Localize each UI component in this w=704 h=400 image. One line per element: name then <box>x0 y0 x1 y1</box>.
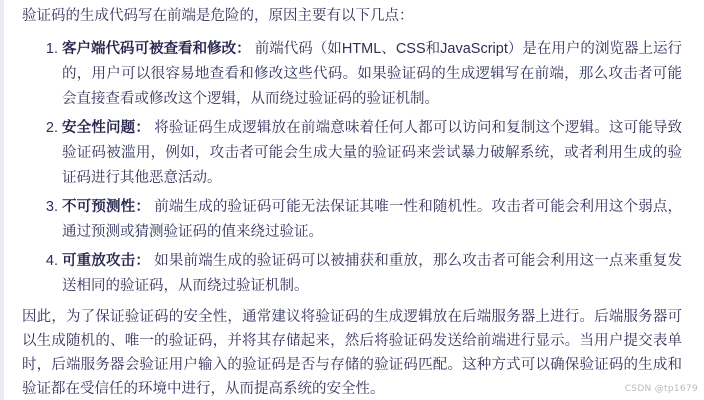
reason-text: 前端生成的验证码可能无法保证其唯一性和随机性。攻击者可能会利用这个弱点，通过预测… <box>62 199 682 240</box>
reason-term: 可重放攻击 <box>62 253 135 269</box>
reason-list: 客户端代码可被查看和修改： 前端代码（如HTML、CSS和JavaScript）… <box>22 37 682 299</box>
list-item-client-code: 客户端代码可被查看和修改： 前端代码（如HTML、CSS和JavaScript）… <box>62 37 682 112</box>
reason-text: 如果前端生成的验证码可以被捕获和重放，那么攻击者可能会利用这一点来重复发送相同的… <box>62 253 682 294</box>
csdn-watermark: CSDN @tp1679 <box>625 384 698 394</box>
list-item-replay-attack: 可重放攻击： 如果前端生成的验证码可以被捕获和重放，那么攻击者可能会利用这一点来… <box>62 249 682 299</box>
reason-separator: ： <box>135 253 150 269</box>
article-page: { "page": { "intro": "验证码的生成代码写在前端是危险的，原… <box>0 0 704 400</box>
reason-term: 安全性问题 <box>62 120 135 136</box>
article-content: 验证码的生成代码写在前端是危险的，原因主要有以下几点： 客户端代码可被查看和修改… <box>0 0 704 400</box>
intro-paragraph: 验证码的生成代码写在前端是危险的，原因主要有以下几点： <box>22 4 682 29</box>
reason-term: 不可预测性 <box>62 199 135 215</box>
reason-separator: ： <box>135 199 150 215</box>
list-item-security: 安全性问题： 将验证码生成逻辑放在前端意味着任何人都可以访问和复制这个逻辑。这可… <box>62 116 682 191</box>
list-item-unpredictability: 不可预测性： 前端生成的验证码可能无法保证其唯一性和随机性。攻击者可能会利用这个… <box>62 195 682 245</box>
conclusion-paragraph: 因此，为了保证验证码的安全性，通常建议将验证码的生成逻辑放在后端服务器上进行。后… <box>22 305 682 400</box>
reason-separator: ： <box>236 41 251 57</box>
reason-separator: ： <box>135 120 150 136</box>
reason-text: 将验证码生成逻辑放在前端意味着任何人都可以访问和复制这个逻辑。这可能导致验证码被… <box>62 120 682 186</box>
reason-term: 客户端代码可被查看和修改 <box>62 41 236 57</box>
